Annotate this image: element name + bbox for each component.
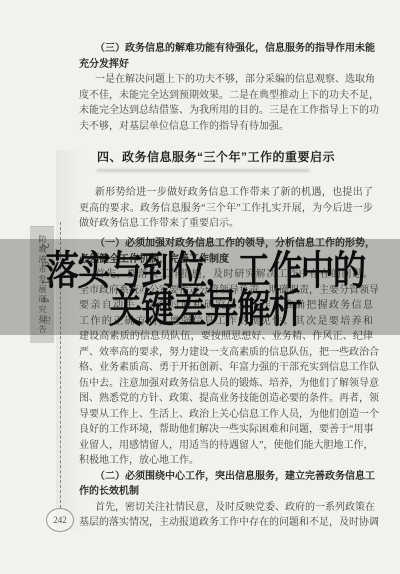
overlay-title-line1: 落实与到位，工作中的 — [32, 250, 368, 292]
body-line: 做好政务信息工作带来了重要启示。 — [79, 216, 373, 232]
section-four-intro: 新形势给进一步做好政务信息工作带来了新的机遇，也提出了 更高的要求。政务信息服务… — [79, 185, 373, 232]
body-line: 一是在解决问题上下的功夫不够，部分采编的信息观察、选取角 — [79, 72, 373, 88]
page-number: 242 — [53, 515, 67, 525]
scanned-book-page: 防城港市发展研究报告 2014年 （三）政务信息的解难功能有待强化，信息服务的指… — [0, 0, 400, 574]
body-line: 图、熟悉党的方针、政策、提高业务技能创造必要的条件。再者，领 — [79, 391, 373, 407]
body-line: 首先，密切关注社情民意，及时反映党委、政府的一系列政策在 — [79, 500, 373, 516]
body-line: 新形势给进一步做好政务信息工作带来了新的机遇，也提出了 — [79, 185, 373, 201]
heading-bleedthrough-rule — [97, 169, 309, 172]
body-line: 严、效率高的要求，努力建设一支高素质的信息队伍，把一些政治合 — [79, 345, 373, 361]
body-line: 度不佳，未能完全达到预期效果。二是在典型推动上下的功夫不足， — [79, 88, 373, 104]
section-three-paragraph: （三）政务信息的解难功能有待强化，信息服务的指导作用未能 充分发挥好 一是在解决… — [79, 41, 373, 134]
body-line: 未能完全达到总结借鉴、为我所用的目的。三是在工作指导上下的功 — [79, 103, 373, 119]
body-line: 积极地工作，放心地工作。 — [79, 453, 373, 469]
body-line: （二）必须围绕中心工作，突出信息服务，建立完善政务信息工 — [79, 469, 373, 485]
body-line: 夫不够，对基层单位信息工作的指导有待加强。 — [79, 119, 373, 135]
body-line: 更高的要求。政务信息服务“三个年”工作扎实开展，为今后进一步 — [79, 201, 373, 217]
body-line: 良好的工作环境，帮助他们解决一些实际困难和问题，要善于“用事 — [79, 422, 373, 438]
page-number-badge: 242 — [46, 508, 74, 532]
body-line: 业留人，用感情留人，用适当的待遇留人”，使他们能大胆地工作， — [79, 438, 373, 454]
body-line: 格、业务素质高、勇于开拓创新、年富力强的干部充实到信息工作队 — [79, 360, 373, 376]
body-line: 充分发挥好 — [79, 57, 373, 73]
section-four-heading: 四、政务信息服务“三个年”工作的重要启示 — [97, 148, 377, 165]
body-line: 导要从工作上、生活上、政治上关心信息工作人员，为他们创造一个 — [79, 407, 373, 423]
body-line: 作的长效机制 — [79, 484, 373, 500]
overlay-title-line2: 关键差异解析 — [32, 288, 368, 330]
body-line: （三）政务信息的解难功能有待强化，信息服务的指导作用未能 — [79, 41, 373, 57]
body-line: 基层的落实情况，主动报道政务工作中存在的问题和不足，及时协调 — [79, 515, 373, 531]
body-line: 伍中去。注意加强对政务信息人员的锻炼、培养，为他们了解领导意 — [79, 376, 373, 392]
